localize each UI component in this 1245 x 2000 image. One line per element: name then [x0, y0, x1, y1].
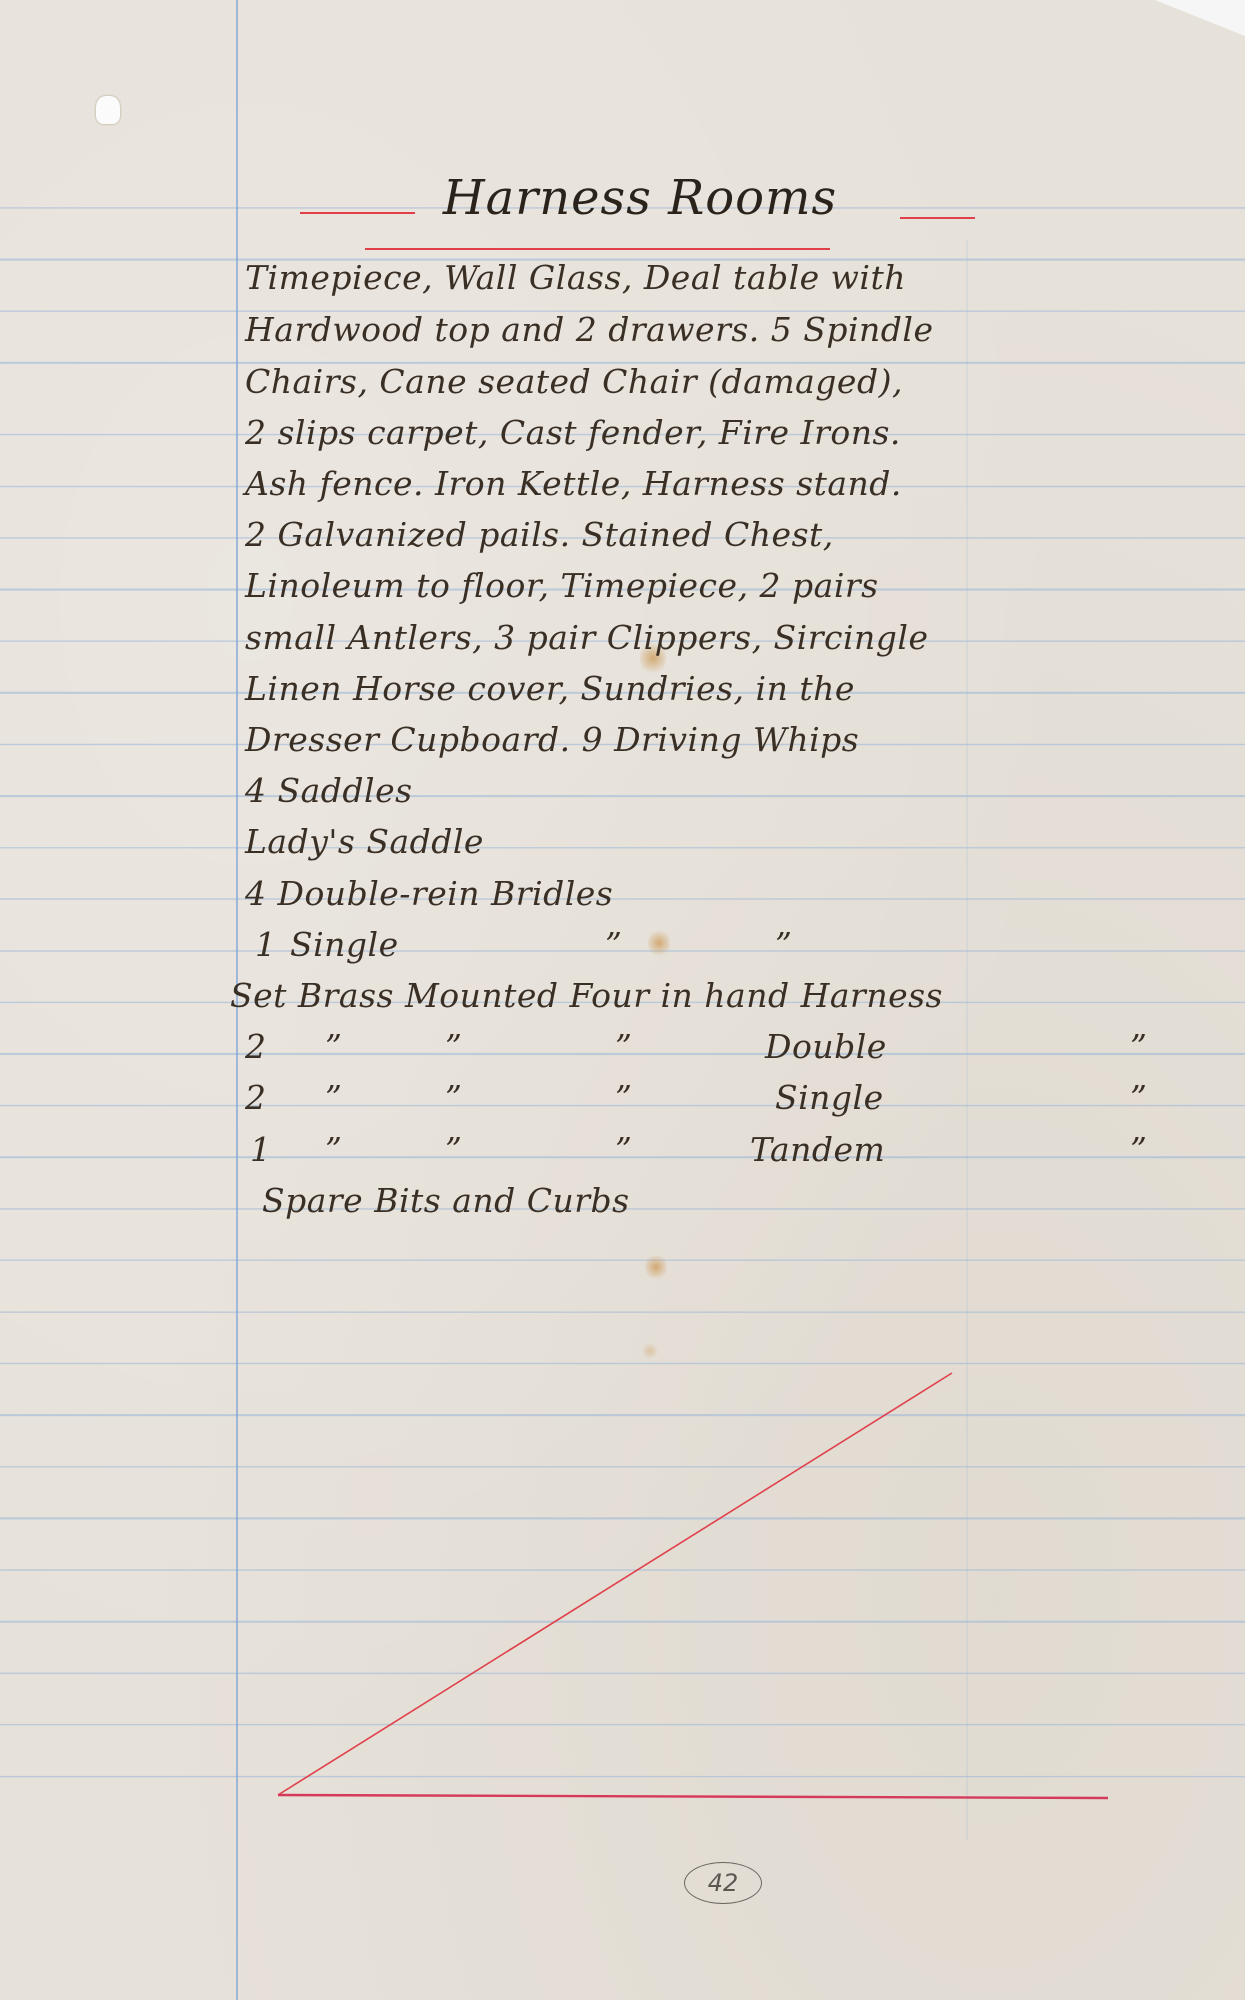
page-number: 42 — [684, 1862, 762, 1904]
diagonal-strike-line — [278, 1373, 952, 1795]
closing-strike-lines — [0, 0, 1245, 2000]
horizontal-strike-line — [278, 1795, 1108, 1798]
document-page: Harness Rooms Timepiece, Wall Glass, Dea… — [0, 0, 1245, 2000]
